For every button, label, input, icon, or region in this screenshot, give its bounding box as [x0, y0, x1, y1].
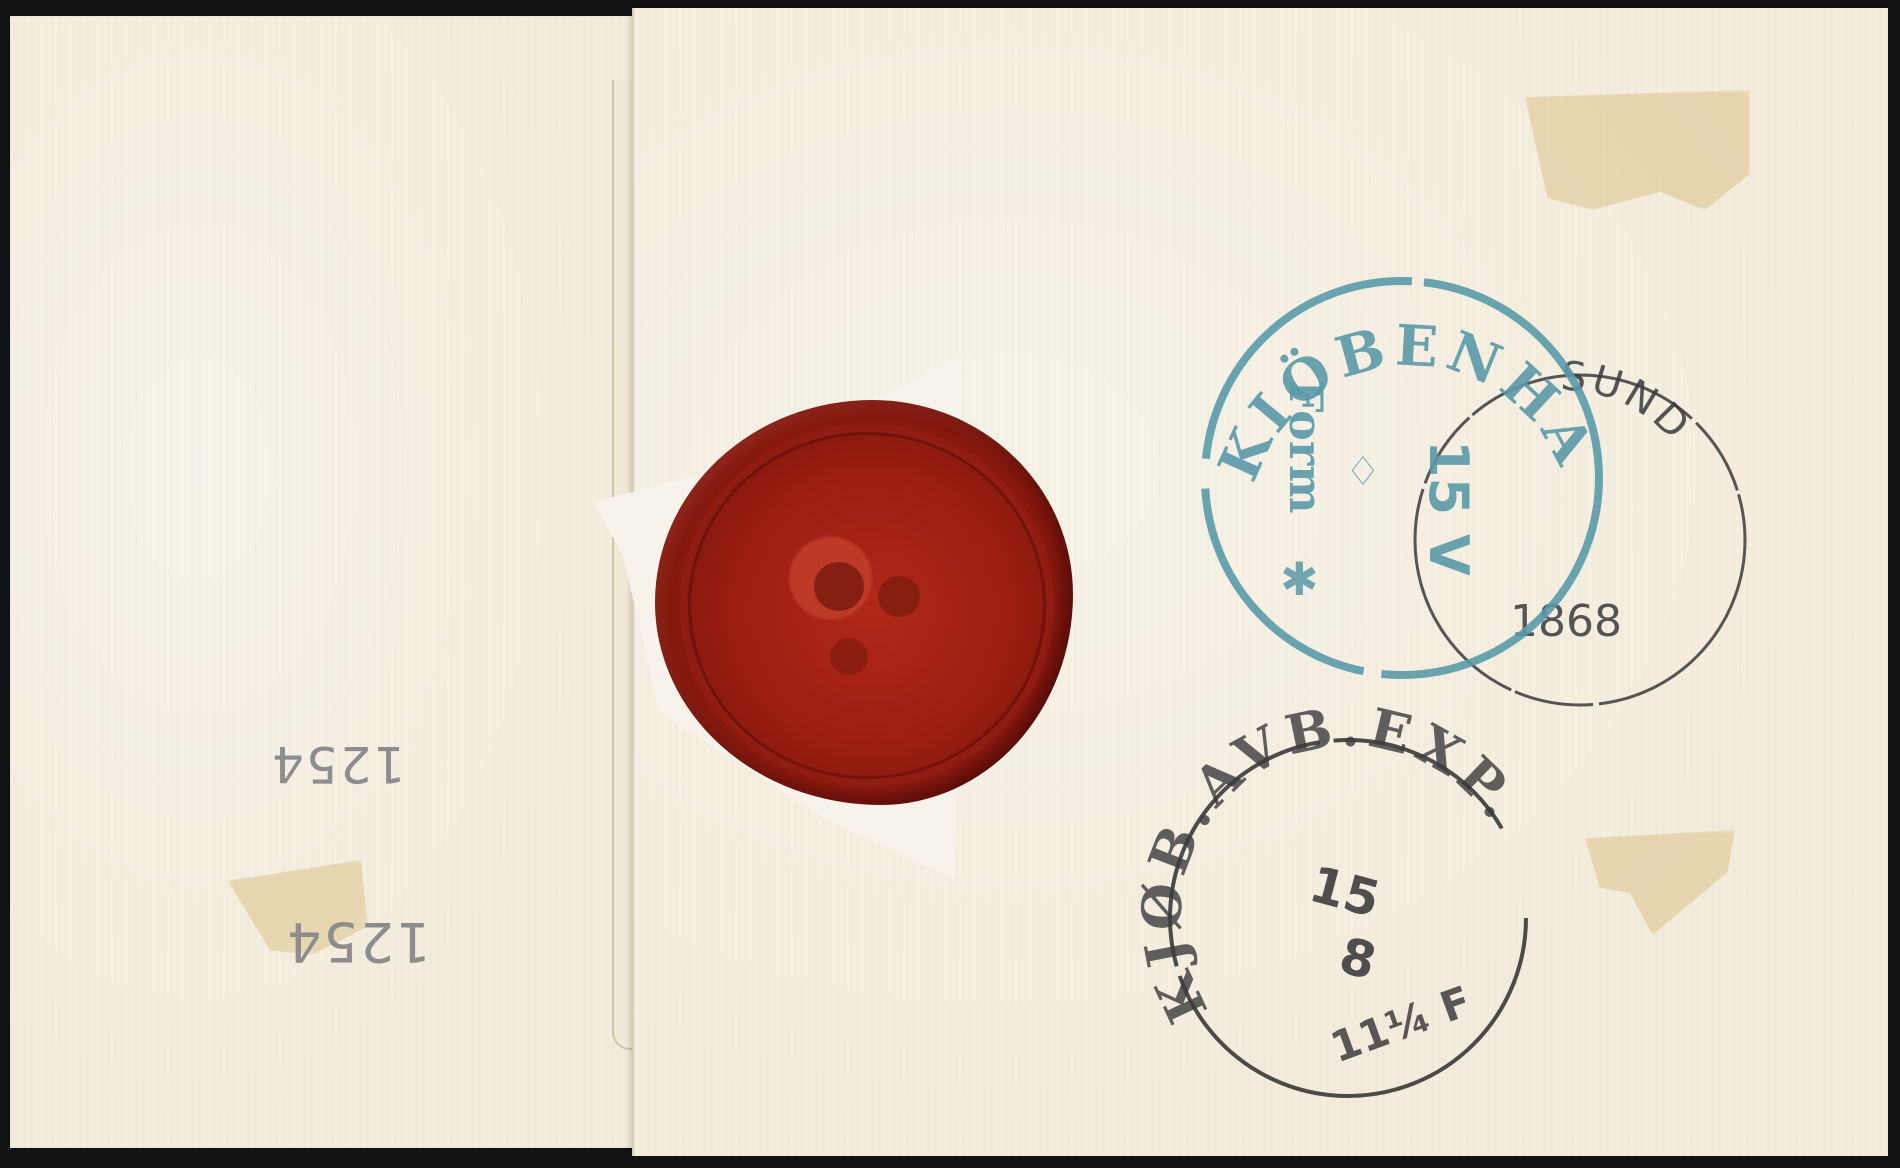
- cover-left-panel: [10, 16, 640, 1148]
- pencil-note: 1254: [285, 910, 430, 973]
- pencil-note: 1254: [270, 735, 405, 793]
- stain-top-right: [1525, 90, 1750, 210]
